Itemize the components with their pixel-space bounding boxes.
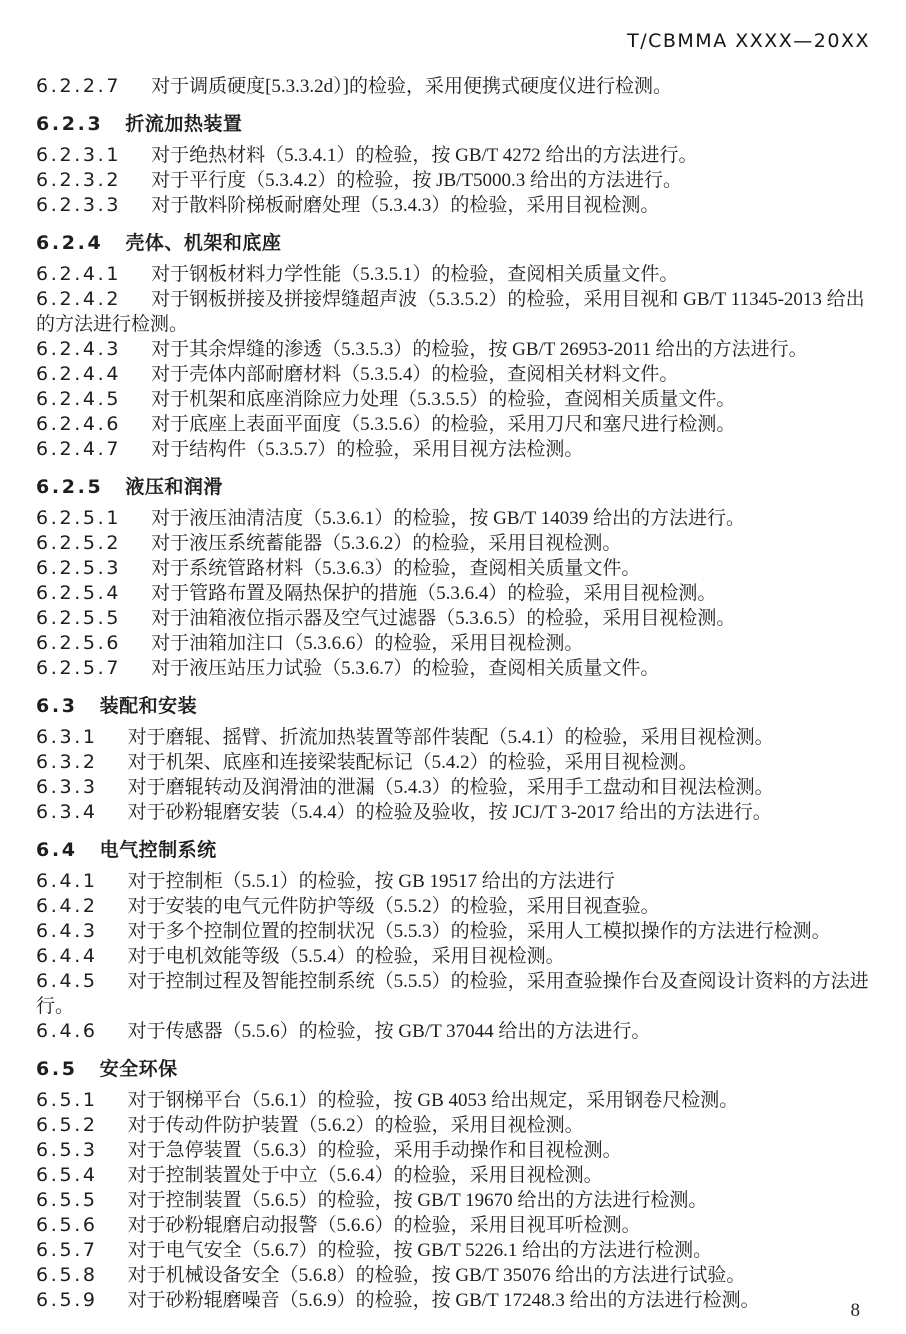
- clause-number: 6.2.4.6: [36, 413, 121, 435]
- clause-text: 对于系统管路材料（5.3.6.3）的检验，查阅相关质量文件。: [151, 558, 640, 579]
- clause-number: 6.4.5: [36, 970, 98, 992]
- clause-number: 6.2.4.3: [36, 338, 121, 360]
- clause-number: 6.5.1: [36, 1089, 98, 1111]
- clause-number: 6.2.4.1: [36, 263, 121, 285]
- clause: 6.2.3.1对于绝热材料（5.3.4.1）的检验，按 GB/T 4272 给出…: [36, 143, 876, 168]
- clause-text: 对于液压油清洁度（5.3.6.1）的检验，按 GB/T 14039 给出的方法进…: [151, 508, 745, 529]
- clause-number: 6.3.1: [36, 726, 98, 748]
- clause-text: 对于散料阶梯板耐磨处理（5.3.4.3）的检验，采用目视检测。: [151, 195, 659, 216]
- clause-number: 6.3.4: [36, 801, 98, 823]
- clause: 6.2.4.2对于钢板拼接及拼接焊缝超声波（5.3.5.2）的检验，采用目视和 …: [36, 287, 876, 337]
- clause-number: 6.2.5.7: [36, 657, 121, 679]
- clause-text: 对于钢板材料力学性能（5.3.5.1）的检验，查阅相关质量文件。: [151, 264, 678, 285]
- clause: 6.5.5对于控制装置（5.6.5）的检验，按 GB/T 19670 给出的方法…: [36, 1188, 876, 1213]
- clause-number: 6.2.5.6: [36, 632, 121, 654]
- clause: 6.2.4.3对于其余焊缝的渗透（5.3.5.3）的检验，按 GB/T 2695…: [36, 337, 876, 362]
- clause-number: 6.5.8: [36, 1264, 98, 1286]
- document-page: T/CBMMA XXXX—20XX 6.2.2.7对于调质硬度[5.3.3.2d…: [0, 0, 906, 1334]
- clause: 6.2.4.1对于钢板材料力学性能（5.3.5.1）的检验，查阅相关质量文件。: [36, 262, 876, 287]
- heading-text: 电气控制系统: [100, 839, 217, 861]
- clause-number: 6.5: [36, 1058, 78, 1080]
- clause: 6.5.7对于电气安全（5.6.7）的检验，按 GB/T 5226.1 给出的方…: [36, 1238, 876, 1263]
- clause: 6.5.1对于钢梯平台（5.6.1）的检验，按 GB 4053 给出规定，采用钢…: [36, 1088, 876, 1113]
- heading-text: 装配和安装: [100, 695, 198, 717]
- clause-number: 6.5.9: [36, 1289, 98, 1311]
- clause: 6.3.2对于机架、底座和连接梁装配标记（5.4.2）的检验，采用目视检测。: [36, 750, 876, 775]
- clause-number: 6.5.7: [36, 1239, 98, 1261]
- clause-text: 对于磨辊转动及润滑油的泄漏（5.4.3）的检验，采用手工盘动和目视法检测。: [128, 777, 774, 798]
- clause-text: 对于油箱加注口（5.3.6.6）的检验，采用目视检测。: [151, 633, 583, 654]
- clause: 6.2.2.7对于调质硬度[5.3.3.2d）]的检验，采用便携式硬度仪进行检测…: [36, 74, 876, 99]
- clause: 6.4.5对于控制过程及智能控制系统（5.5.5）的检验，采用查验操作台及查阅设…: [36, 969, 876, 1019]
- clause-text: 对于液压系统蓄能器（5.3.6.2）的检验，采用目视检测。: [151, 533, 621, 554]
- clause-text: 对于控制装置（5.6.5）的检验，按 GB/T 19670 给出的方法进行检测。: [128, 1190, 708, 1211]
- clause-text: 对于安装的电气元件防护等级（5.5.2）的检验，采用目视查验。: [128, 896, 660, 917]
- clause: 6.4.3对于多个控制位置的控制状况（5.5.3）的检验，采用人工模拟操作的方法…: [36, 919, 876, 944]
- clause: 6.2.5.1对于液压油清洁度（5.3.6.1）的检验，按 GB/T 14039…: [36, 506, 876, 531]
- clause-text: 对于砂粉辊磨安装（5.4.4）的检验及验收，按 JCJ/T 3-2017 给出的…: [128, 802, 772, 823]
- heading-text: 壳体、机架和底座: [125, 232, 281, 254]
- clause-number: 6.4.3: [36, 920, 98, 942]
- clause: 6.2.4.4对于壳体内部耐磨材料（5.3.5.4）的检验，查阅相关材料文件。: [36, 362, 876, 387]
- page-number: 8: [851, 1300, 861, 1321]
- clause-text: 对于控制装置处于中立（5.6.4）的检验，采用目视检测。: [128, 1165, 603, 1186]
- page-footer: 8: [851, 1300, 861, 1322]
- clause-number: 6.5.4: [36, 1164, 98, 1186]
- clause: 6.2.4.5对于机架和底座消除应力处理（5.3.5.5）的检验，查阅相关质量文…: [36, 387, 876, 412]
- clause: 6.2.5.4对于管路布置及隔热保护的措施（5.3.6.4）的检验，采用目视检测…: [36, 581, 876, 606]
- clause-text: 对于控制过程及智能控制系统（5.5.5）的检验，采用查验操作台及查阅设计资料的方…: [36, 971, 869, 1017]
- clause: 6.2.5.2对于液压系统蓄能器（5.3.6.2）的检验，采用目视检测。: [36, 531, 876, 556]
- clause-text: 对于砂粉辊磨启动报警（5.6.6）的检验，采用目视耳听检测。: [128, 1215, 641, 1236]
- clause-number: 6.2.3.1: [36, 144, 121, 166]
- clause: 6.5.8对于机械设备安全（5.6.8）的检验，按 GB/T 35076 给出的…: [36, 1263, 876, 1288]
- heading-text: 液压和润滑: [125, 476, 223, 498]
- clause-text: 对于传感器（5.5.6）的检验，按 GB/T 37044 给出的方法进行。: [128, 1021, 651, 1042]
- section-heading: 6.2.3折流加热装置: [36, 112, 876, 137]
- clause-number: 6.2.5.4: [36, 582, 121, 604]
- clause: 6.4.1对于控制柜（5.5.1）的检验，按 GB 19517 给出的方法进行: [36, 869, 876, 894]
- clause: 6.2.5.7对于液压站压力试验（5.3.6.7）的检验，查阅相关质量文件。: [36, 656, 876, 681]
- clause-number: 6.3.3: [36, 776, 98, 798]
- page-header: T/CBMMA XXXX—20XX: [36, 30, 876, 52]
- clause-number: 6.5.5: [36, 1189, 98, 1211]
- heading-text: 折流加热装置: [125, 113, 242, 135]
- clause-text: 对于平行度（5.3.4.2）的检验，按 JB/T5000.3 给出的方法进行。: [151, 170, 682, 191]
- clause-text: 对于传动件防护装置（5.6.2）的检验，采用目视检测。: [128, 1115, 584, 1136]
- clause-text: 对于砂粉辊磨噪音（5.6.9）的检验，按 GB/T 17248.3 给出的方法进…: [128, 1290, 760, 1311]
- clause-text: 对于机架、底座和连接梁装配标记（5.4.2）的检验，采用目视检测。: [128, 752, 698, 773]
- document-body: 6.2.2.7对于调质硬度[5.3.3.2d）]的检验，采用便携式硬度仪进行检测…: [36, 74, 876, 1313]
- clause: 6.2.4.7对于结构件（5.3.5.7）的检验，采用目视方法检测。: [36, 437, 876, 462]
- section-heading: 6.4电气控制系统: [36, 838, 876, 863]
- heading-text: 安全环保: [100, 1058, 178, 1080]
- clause-number: 6.4: [36, 839, 78, 861]
- clause-number: 6.4.4: [36, 945, 98, 967]
- clause-text: 对于管路布置及隔热保护的措施（5.3.6.4）的检验，采用目视检测。: [151, 583, 716, 604]
- clause-text: 对于机架和底座消除应力处理（5.3.5.5）的检验，查阅相关质量文件。: [151, 389, 735, 410]
- clause-number: 6.3: [36, 695, 78, 717]
- clause-number: 6.2.3.2: [36, 169, 121, 191]
- clause-text: 对于调质硬度[5.3.3.2d）]的检验，采用便携式硬度仪进行检测。: [151, 76, 672, 97]
- clause-number: 6.2.5: [36, 476, 103, 498]
- clause: 6.3.4对于砂粉辊磨安装（5.4.4）的检验及验收，按 JCJ/T 3-201…: [36, 800, 876, 825]
- clause: 6.2.5.6对于油箱加注口（5.3.6.6）的检验，采用目视检测。: [36, 631, 876, 656]
- clause-text: 对于结构件（5.3.5.7）的检验，采用目视方法检测。: [151, 439, 583, 460]
- clause-number: 6.2.2.7: [36, 75, 121, 97]
- clause-number: 6.4.1: [36, 870, 98, 892]
- clause-text: 对于电机效能等级（5.5.4）的检验，采用目视检测。: [128, 946, 565, 967]
- clause-text: 对于急停装置（5.6.3）的检验，采用手动操作和目视检测。: [128, 1140, 622, 1161]
- clause-number: 6.2.4.5: [36, 388, 121, 410]
- section-heading: 6.5安全环保: [36, 1057, 876, 1082]
- clause: 6.4.2对于安装的电气元件防护等级（5.5.2）的检验，采用目视查验。: [36, 894, 876, 919]
- clause-text: 对于其余焊缝的渗透（5.3.5.3）的检验，按 GB/T 26953-2011 …: [151, 339, 808, 360]
- clause: 6.2.5.5对于油箱液位指示器及空气过滤器（5.3.6.5）的检验，采用目视检…: [36, 606, 876, 631]
- clause-number: 6.2.5.1: [36, 507, 121, 529]
- clause-number: 6.2.5.5: [36, 607, 121, 629]
- clause-number: 6.5.2: [36, 1114, 98, 1136]
- clause-text: 对于钢板拼接及拼接焊缝超声波（5.3.5.2）的检验，采用目视和 GB/T 11…: [36, 289, 865, 335]
- clause: 6.2.5.3对于系统管路材料（5.3.6.3）的检验，查阅相关质量文件。: [36, 556, 876, 581]
- clause-text: 对于电气安全（5.6.7）的检验，按 GB/T 5226.1 给出的方法进行检测…: [128, 1240, 712, 1261]
- clause-number: 6.2.4.7: [36, 438, 121, 460]
- section-heading: 6.2.4壳体、机架和底座: [36, 231, 876, 256]
- clause: 6.5.3对于急停装置（5.6.3）的检验，采用手动操作和目视检测。: [36, 1138, 876, 1163]
- clause-text: 对于控制柜（5.5.1）的检验，按 GB 19517 给出的方法进行: [128, 871, 615, 892]
- clause: 6.2.3.2对于平行度（5.3.4.2）的检验，按 JB/T5000.3 给出…: [36, 168, 876, 193]
- clause-number: 6.2.5.3: [36, 557, 121, 579]
- clause-number: 6.2.4.4: [36, 363, 121, 385]
- clause-number: 6.2.4.2: [36, 288, 121, 310]
- clause-number: 6.4.6: [36, 1020, 98, 1042]
- clause-text: 对于底座上表面平面度（5.3.5.6）的检验，采用刀尺和塞尺进行检测。: [151, 414, 735, 435]
- clause-number: 6.2.3.3: [36, 194, 121, 216]
- clause-number: 6.5.3: [36, 1139, 98, 1161]
- clause-text: 对于壳体内部耐磨材料（5.3.5.4）的检验，查阅相关材料文件。: [151, 364, 678, 385]
- clause: 6.4.4对于电机效能等级（5.5.4）的检验，采用目视检测。: [36, 944, 876, 969]
- section-heading: 6.2.5液压和润滑: [36, 475, 876, 500]
- clause: 6.3.1对于磨辊、摇臂、折流加热装置等部件装配（5.4.1）的检验，采用目视检…: [36, 725, 876, 750]
- clause-text: 对于液压站压力试验（5.3.6.7）的检验，查阅相关质量文件。: [151, 658, 659, 679]
- clause: 6.5.4对于控制装置处于中立（5.6.4）的检验，采用目视检测。: [36, 1163, 876, 1188]
- clause: 6.2.4.6对于底座上表面平面度（5.3.5.6）的检验，采用刀尺和塞尺进行检…: [36, 412, 876, 437]
- clause-text: 对于油箱液位指示器及空气过滤器（5.3.6.5）的检验，采用目视检测。: [151, 608, 735, 629]
- clause-number: 6.2.4: [36, 232, 103, 254]
- doc-code: T/CBMMA XXXX—20XX: [627, 30, 870, 52]
- clause-number: 6.2.3: [36, 113, 103, 135]
- clause: 6.5.2对于传动件防护装置（5.6.2）的检验，采用目视检测。: [36, 1113, 876, 1138]
- clause: 6.3.3对于磨辊转动及润滑油的泄漏（5.4.3）的检验，采用手工盘动和目视法检…: [36, 775, 876, 800]
- clause-text: 对于多个控制位置的控制状况（5.5.3）的检验，采用人工模拟操作的方法进行检测。: [128, 921, 831, 942]
- clause: 6.4.6对于传感器（5.5.6）的检验，按 GB/T 37044 给出的方法进…: [36, 1019, 876, 1044]
- clause-text: 对于绝热材料（5.3.4.1）的检验，按 GB/T 4272 给出的方法进行。: [151, 145, 697, 166]
- clause-number: 6.4.2: [36, 895, 98, 917]
- clause: 6.2.3.3对于散料阶梯板耐磨处理（5.3.4.3）的检验，采用目视检测。: [36, 193, 876, 218]
- clause-text: 对于磨辊、摇臂、折流加热装置等部件装配（5.4.1）的检验，采用目视检测。: [128, 727, 774, 748]
- clause-text: 对于机械设备安全（5.6.8）的检验，按 GB/T 35076 给出的方法进行试…: [128, 1265, 746, 1286]
- clause: 6.5.9对于砂粉辊磨噪音（5.6.9）的检验，按 GB/T 17248.3 给…: [36, 1288, 876, 1313]
- clause-number: 6.2.5.2: [36, 532, 121, 554]
- clause-number: 6.5.6: [36, 1214, 98, 1236]
- clause-number: 6.3.2: [36, 751, 98, 773]
- clause-text: 对于钢梯平台（5.6.1）的检验，按 GB 4053 给出规定，采用钢卷尺检测。: [128, 1090, 739, 1111]
- clause: 6.5.6对于砂粉辊磨启动报警（5.6.6）的检验，采用目视耳听检测。: [36, 1213, 876, 1238]
- section-heading: 6.3装配和安装: [36, 694, 876, 719]
